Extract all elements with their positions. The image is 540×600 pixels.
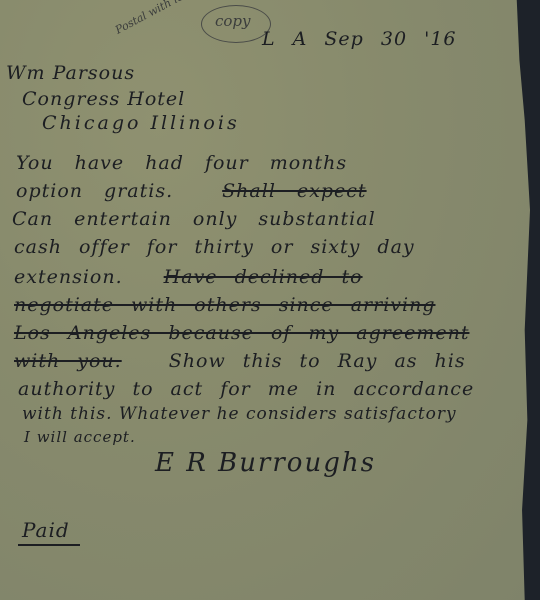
struck-text: with you. [14,350,122,372]
body-line-4: cash offer for thirty or sixty day [14,236,415,258]
body-text: Can entertain only substantial [12,208,376,230]
body-line-5: extension. Have declined to [14,266,363,288]
struck-text: Have declined to [164,266,363,288]
body-line-7: Los Angeles because of my agreement [14,322,469,344]
address-line-2: Chicago Illinois [42,112,240,134]
paid-note: Paid [18,518,80,546]
body-line-1: You have had four months [16,152,347,174]
body-text: option gratis. [16,180,173,202]
signature: E R Burroughs [155,448,376,478]
body-line-6: negotiate with others since arriving [14,294,436,316]
body-text: extension. [14,266,123,288]
struck-text: Shall expect [222,180,366,202]
body-line-2: option gratis. Shall expect [16,180,367,202]
body-text: I will accept. [24,428,136,446]
body-text: cash offer for thirty or sixty day [14,236,415,258]
body-text: You have had four months [16,152,347,174]
body-line-10: with this. Whatever he considers satisfa… [22,404,457,424]
address-line-1: Congress Hotel [22,88,185,110]
circled-note: copy [215,12,251,30]
struck-text: negotiate with others since arriving [14,294,436,316]
body-line-11: I will accept. [24,428,136,446]
body-text: authority to act for me in accordance [18,378,474,400]
letter-paper: Postal with letter copy L A Sep 30 '16 W… [0,0,530,600]
body-line-3: Can entertain only substantial [12,208,376,230]
margin-note: Postal with letter [113,0,181,37]
body-line-8: with you. Show this to Ray as his [14,350,466,372]
body-line-9: authority to act for me in accordance [18,378,474,400]
struck-text: Los Angeles because of my agreement [14,322,469,344]
body-text: with this. Whatever he considers satisfa… [22,404,457,424]
dateline: L A Sep 30 '16 [262,28,457,50]
recipient-name: Wm Parsous [6,62,135,84]
body-text: Show this to Ray as his [169,350,466,372]
